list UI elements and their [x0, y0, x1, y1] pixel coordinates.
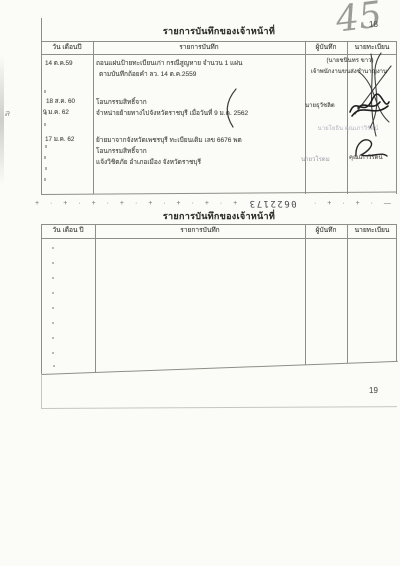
record-date: 17 ม.ค. 62 — [45, 137, 74, 144]
row-guide-dot — [52, 307, 54, 309]
record-line: ตามบันทึกถ้อยคำ ลว. 14 ต.ค.2559 — [99, 71, 196, 78]
page-number: 19 — [369, 387, 378, 396]
row-guide-dot — [52, 247, 54, 249]
record-line: โอนกรรมสิทธิ์จาก — [96, 148, 147, 155]
row-tick — [44, 178, 46, 181]
perforation-marks: + · + · + · + · + · + · + · + · + · + · … — [35, 200, 247, 208]
signature-scribble — [346, 92, 392, 122]
table-grid-line — [93, 41, 94, 194]
table-grid-line — [41, 224, 42, 375]
perforation-marks: · + · + · — — [314, 200, 398, 208]
table-grid-line — [396, 224, 397, 361]
scanned-document-page: 45 18 ล รายการบันทึกของเจ้าหน้าที่ วัน เ… — [0, 0, 400, 566]
record-line: ย้ายมาจากจังหวัดเพชรบุรี ทะเบียนเดิม เลข… — [96, 137, 242, 144]
table2-header-record: รายการบันทึก — [95, 227, 305, 234]
row-tick — [45, 167, 47, 170]
row-guide-dot — [53, 365, 55, 367]
table-grid-line — [95, 224, 96, 373]
table1-header-record: รายการบันทึก — [93, 44, 305, 51]
table1-title: รายการบันทึกของเจ้าหน้าที่ — [41, 27, 397, 37]
row-guide-dot — [52, 352, 54, 354]
row-tick — [44, 123, 46, 126]
row-guide-dot — [52, 337, 54, 339]
table-grid-line — [41, 41, 397, 42]
margin-mark: ล — [4, 109, 10, 119]
table-grid-line — [41, 192, 397, 195]
table1-header-date: วัน เดือนปี — [41, 44, 93, 51]
table2-title: รายการบันทึกของเจ้าหน้าที่ — [41, 212, 397, 222]
table-grid-line — [347, 224, 348, 363]
record-line: แจ้งวิชิตภัย อำเภอเมือง จังหวัดราชบุรี — [96, 159, 201, 166]
table2-header-recorder: ผู้บันทึก — [305, 227, 347, 234]
record-date: 18 ส.ค. 60 — [46, 99, 75, 106]
scan-smudge — [0, 55, 4, 185]
row-tick — [44, 90, 46, 93]
signature-scribble — [349, 135, 391, 161]
pen-mark — [222, 87, 240, 129]
row-tick — [45, 112, 47, 115]
record-line: โอนกรรมสิทธิ์จาก — [96, 99, 147, 106]
record-date: 14 ต.ค.59 — [45, 61, 73, 68]
row-tick — [45, 145, 47, 148]
table-grid-line — [305, 224, 306, 365]
row-guide-dot — [52, 277, 54, 279]
registrar-name-faint: นายวโรดม — [301, 157, 330, 164]
row-guide-dot — [52, 262, 54, 264]
page-frame-line — [41, 374, 42, 409]
record-line: ถอนแผ่นป้ายทะเบียนเก่า กรณีสูญหาย จำนวน … — [96, 60, 242, 67]
recorder-name: นายธุวัชลิต — [305, 103, 335, 110]
row-guide-dot — [52, 292, 54, 294]
row-tick — [44, 156, 46, 159]
row-guide-dot — [52, 322, 54, 324]
record-date: 9 ม.ค. 62 — [43, 110, 69, 117]
page-frame-line — [41, 406, 397, 409]
table2-header-registrar: นายทะเบียน — [347, 227, 397, 234]
table1-header-recorder: ผู้บันทึก — [305, 44, 347, 51]
table-grid-line — [41, 54, 397, 55]
serial-number: 0622173 — [248, 197, 297, 207]
table2-header-date: วัน เดือน ปี — [41, 227, 95, 234]
